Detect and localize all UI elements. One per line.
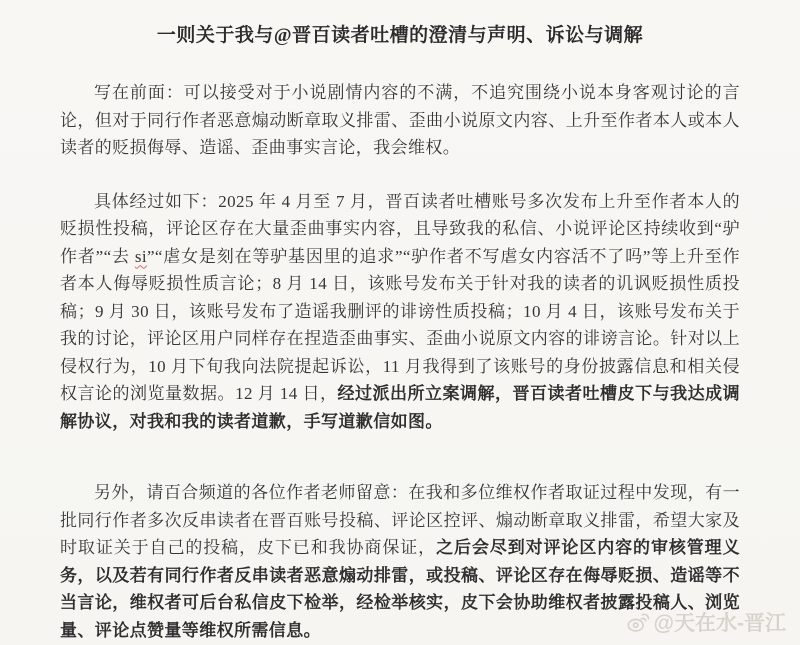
paragraph-timeline: 具体经过如下：2025 年 4 月至 7 月，晋百读者吐槽账号多次发布上升至作者…	[60, 188, 740, 436]
document-page: 一则关于我与@晋百读者吐槽的澄清与声明、诉讼与调解 写在前面：可以接受对于小说剧…	[0, 0, 800, 645]
document-title: 一则关于我与@晋百读者吐槽的澄清与声明、诉讼与调解	[60, 20, 740, 47]
preface-text: 写在前面：可以接受对于小说剧情内容的不满，不追究围绕小说本身客观讨论的言论，但对…	[60, 83, 740, 157]
statement-document: 一则关于我与@晋百读者吐槽的澄清与声明、诉讼与调解 写在前面：可以接受对于小说剧…	[0, 0, 800, 644]
paragraph-preface: 写在前面：可以接受对于小说剧情内容的不满，不追究围绕小说本身客观讨论的言论，但对…	[60, 79, 740, 162]
timeline-text-part2: ”“虐女是刻在等驴基因里的追求”“驴作者不写虐女内容活不了吗”等上升至作者本人侮…	[60, 247, 740, 404]
paragraph-notice: 另外，请百合频道的各位作者老师留意：在我和多位维权作者取证过程中发现，有一批同行…	[60, 479, 740, 644]
spellchecked-word-si: si	[135, 247, 147, 266]
